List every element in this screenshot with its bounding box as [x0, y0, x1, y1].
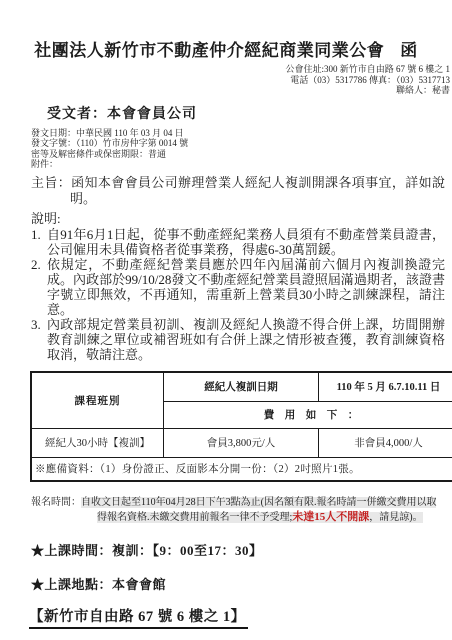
association-contact-block: 公會住址:300 新竹市自由路 67 號 6 樓之 1 電話（03）531778… [0, 64, 452, 96]
official-letter-page: 社團法人新竹市不動產仲介經紀商業同業公會函 公會住址:300 新竹市自由路 67… [0, 0, 452, 640]
required-documents-cell: ※應備資料：（1）身份證正、反面影本分開一份：（2）2吋照片1張。 [31, 457, 452, 481]
item-number: 1. [31, 227, 47, 257]
explanation-item: 1. 自91年6月1日起，從事不動產經紀業務人員須有不動產營業員證書，公司僱用未… [31, 227, 445, 257]
association-address: 公會住址:300 新竹市自由路 67 號 6 樓之 1 [0, 64, 450, 75]
explanation-label: 說明: [31, 211, 452, 227]
item-number: 3. [31, 317, 47, 362]
document-number: 發文字號：（110）竹市房仲字第 0014 號 [31, 138, 452, 149]
recipient-line: 受文者：本會會員公司 [47, 103, 452, 123]
class-time-line: ★上課時間：複訓：【9：00至17：30】 [31, 540, 452, 559]
issue-date: 發文日期：中華民國 110 年 03 月 04 日 [31, 128, 452, 139]
document-title-row: 社團法人新竹市不動產仲介經紀商業同業公會函 [0, 0, 452, 61]
course-fee-table: 課程班別 經紀人複訓日期 110 年 5 月 6.7.10.11 日 費 用 如… [30, 371, 452, 482]
association-contact-person: 聯絡人：秘書 [0, 85, 450, 96]
explanation-item: 3. 內政部規定營業員初訓、複訓及經紀人換證不得合併上課，坊間開辦教育訓練之單位… [31, 317, 445, 362]
fee-header-cell: 費 用 如 下 ： [164, 401, 452, 428]
retrain-date-value-cell: 110 年 5 月 6.7.10.11 日 [319, 372, 452, 402]
letter-type-label: 函 [400, 41, 418, 60]
table-row: ※應備資料：（1）身份證正、反面影本分開一份：（2）2吋照片1張。 [31, 457, 452, 481]
item-text: 內政部規定營業員初訓、複訓及經紀人換證不得合併上課，坊間開辦教育訓練之單位或補習… [47, 317, 445, 362]
class-address-line: 【新竹市自由路 67 號 6 樓之 1】 [29, 605, 452, 629]
item-text: 依規定，不動產經紀營業員應於四年內屆滿前六個月內複訓換證完成。內政部於99/10… [47, 257, 445, 317]
explanation-item: 2. 依規定，不動產經紀營業員應於四年內屆滿前六個月內複訓換證完成。內政部於99… [31, 257, 445, 317]
association-name: 社團法人新竹市不動產仲介經紀商業同業公會 [34, 41, 384, 60]
course-name-cell: 經紀人30小時【複訓】 [31, 428, 164, 457]
security-classification: 密等及解密條件或保密期限：普通 [31, 149, 452, 160]
table-row: 課程班別 經紀人複訓日期 110 年 5 月 6.7.10.11 日 [31, 372, 452, 402]
class-address-text: 【新竹市自由路 67 號 6 樓之 1】 [29, 605, 248, 629]
non-member-fee-cell: 非會員4,000/人 [319, 428, 452, 457]
subject-text: 函知本會會員公司辦理營業人經紀人複訓開課各項事宜，詳如說明。 [70, 175, 445, 206]
table-row: 經紀人30小時【複訓】 會員3,800元/人 非會員4,000/人 [31, 428, 452, 457]
signup-time-paragraph: 報名時間：自收文日起至110年04月28日下午3點為止(因名額有限.報名時請一併… [31, 495, 437, 525]
attachment-label: 附件： [31, 159, 452, 170]
retrain-date-label-cell: 經紀人複訓日期 [164, 372, 319, 402]
course-type-header-cell: 課程班別 [31, 372, 164, 429]
signup-text-after: ，請見諒)。 [369, 512, 422, 523]
item-number: 2. [31, 257, 47, 317]
class-place-line: ★上課地點：本會會館 [31, 574, 452, 593]
member-fee-cell: 會員3,800元/人 [164, 428, 319, 457]
subject-label: 主旨： [31, 175, 71, 190]
min-attendance-warning: 未達15人不開課 [292, 511, 369, 523]
item-text: 自91年6月1日起，從事不動產經紀業務人員須有不動產營業員證書，公司僱用未具備資… [47, 227, 445, 257]
signup-notice-text: 自收文日起至110年04月28日下午3點為止(因名額有限.報名時請一併繳交費用以… [81, 497, 436, 523]
signup-label: 報名時間： [31, 497, 81, 508]
document-meta-block: 發文日期：中華民國 110 年 03 月 04 日 發文字號：（110）竹市房仲… [31, 128, 452, 170]
association-phone-fax: 電話（03）5317786 傳真：（03）5317713 [0, 75, 450, 86]
subject-paragraph: 主旨：函知本會會員公司辦理營業人經紀人複訓開課各項事宜，詳如說明。 [31, 175, 445, 207]
